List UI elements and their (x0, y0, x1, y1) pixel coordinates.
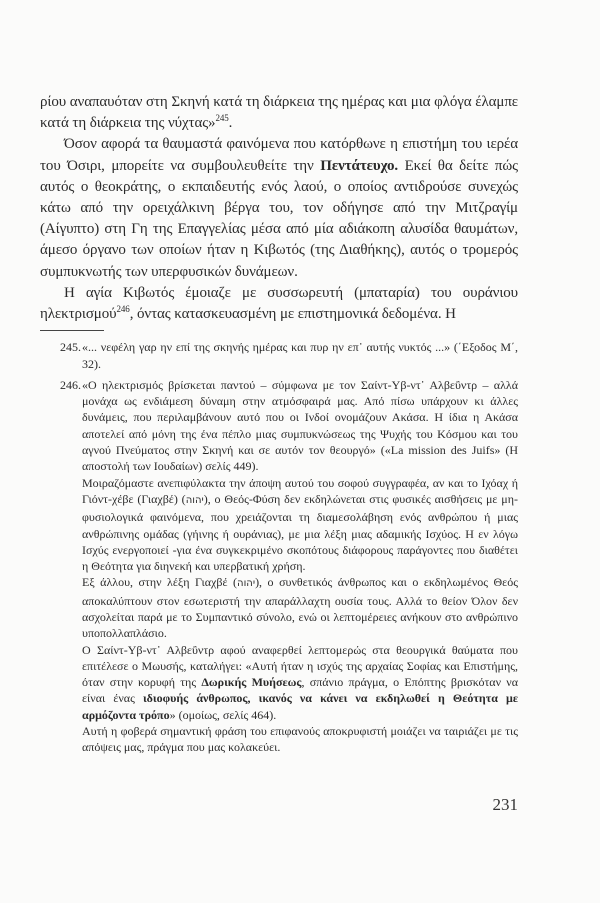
paragraph-3: Η αγία Κιβωτός έμοιαζε με συσσωρευτή (μπ… (40, 283, 518, 325)
paragraph-end: , όντας κατασκευασμένη με επιστημονικά δ… (130, 306, 456, 322)
bold-term: Δωρικής Μυήσεως (201, 675, 301, 689)
main-text: ρίου αναπαυόταν στη Σκηνή κατά τη διάρκε… (40, 92, 518, 325)
hebrew-tetragrammaton: יהוה (186, 495, 204, 506)
footnote-paragraph: Εξ άλλου, στην λέξη Γιαχβέ (יהוה), ο συν… (82, 574, 518, 641)
footnote-number: 246. (60, 377, 81, 393)
bold-quote: ιδιοφυής άνθρωπος, ικανός να κάνει να εκ… (82, 691, 518, 721)
book-page: ρίου αναπαυόταν στη Σκηνή κατά τη διάρκε… (40, 92, 518, 761)
footnote-ref-245: 245 (215, 113, 228, 123)
hebrew-tetragrammaton: יהוה (237, 578, 255, 589)
footnote-text: » (ομοίως, σελίς 464). (170, 708, 277, 722)
footnote-245: 245. «... νεφέλη γαρ ην επί της σκηνής η… (40, 339, 518, 372)
footnote-paragraph: Μοιραζόμαστε ανεπιφύλακτα την άποψη αυτο… (82, 475, 518, 575)
footnote-divider (40, 330, 104, 331)
footnote-paragraph: «Ο ηλεκτρισμός βρίσκεται παντού – σύμφων… (82, 377, 518, 475)
footnote-text: Εξ άλλου, στην λέξη Γιαχβέ ( (82, 575, 237, 589)
footnote-number: 245. (60, 339, 81, 355)
footnote-ref-246: 246 (116, 304, 129, 314)
footnotes: 245. «... νεφέλη γαρ ην επί της σκηνής η… (40, 339, 518, 755)
footnote-text: «... νεφέλη γαρ ην επί της σκηνής ημέρας… (82, 339, 518, 372)
bold-term-pentateuch: Πεντάτευχο. (320, 158, 398, 174)
page-number: 231 (493, 795, 519, 815)
footnote-246: 246. «Ο ηλεκτρισμός βρίσκεται παντού – σ… (40, 377, 518, 756)
paragraph-2: Όσον αφορά τα θαυμαστά φαινόμενα που κατ… (40, 134, 518, 282)
paragraph-text: ρίου αναπαυόταν στη Σκηνή κατά τη διάρκε… (40, 94, 518, 131)
paragraph-text: Εκεί θα δείτε πώς αυτός ο θεοκράτης, ο ε… (40, 158, 518, 280)
footnote-paragraph: Ο Σαίντ-Υβ-ντ᾽ Αλβεΰντρ αφού αναφερθεί λ… (82, 642, 518, 723)
footnote-paragraph: Αυτή η φοβερά σημαντική φράση του επιφαν… (82, 723, 518, 756)
paragraph-1: ρίου αναπαυόταν στη Σκηνή κατά τη διάρκε… (40, 92, 518, 134)
paragraph-end: . (229, 115, 233, 131)
